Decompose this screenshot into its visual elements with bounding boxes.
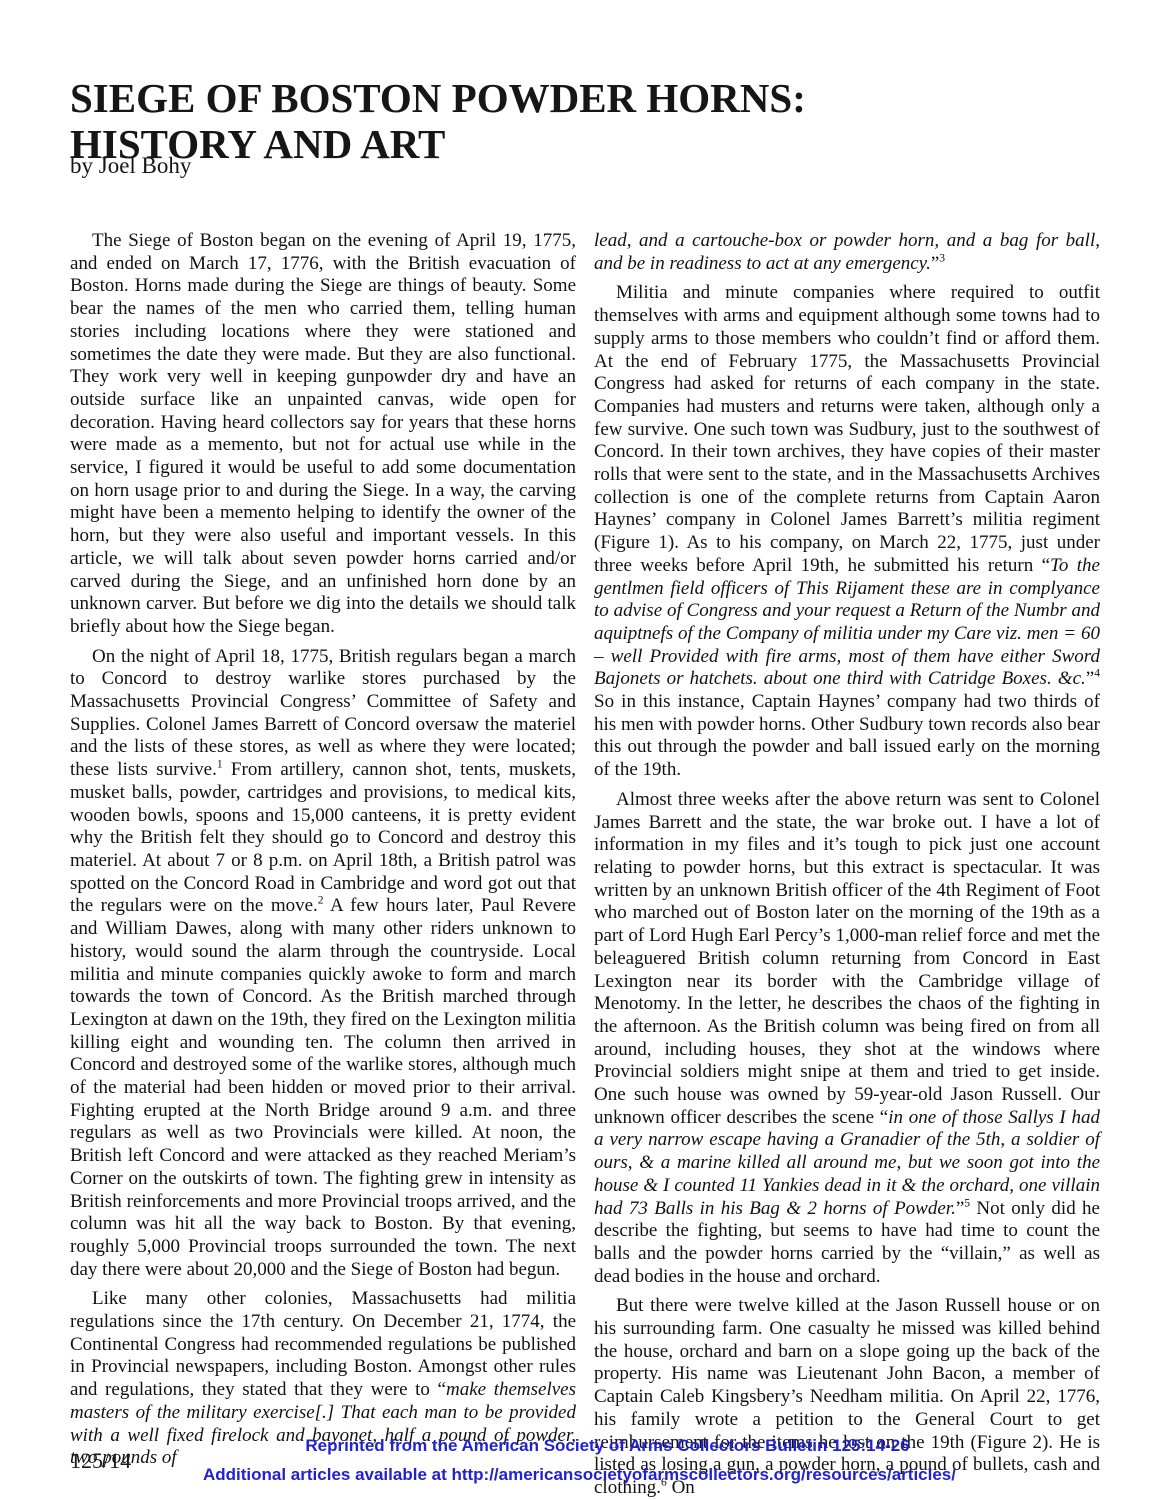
paragraph: Almost three weeks after the above retur… (594, 789, 1100, 1288)
paragraph: lead, and a cartouche-box or powder horn… (594, 230, 1100, 275)
page-title-line1: SIEGE OF BOSTON POWDER HORNS: (70, 75, 806, 121)
article-column-left: The Siege of Boston began on the evening… (70, 230, 576, 1500)
footer-articles-link[interactable]: Additional articles available at http://… (0, 1460, 1159, 1489)
byline: by Joel Bohy (70, 153, 191, 179)
page-number: 125/14 (70, 1448, 131, 1474)
footer: Reprinted from the American Society of A… (0, 1431, 1159, 1489)
paragraph: The Siege of Boston began on the evening… (70, 230, 576, 639)
article-page: SIEGE OF BOSTON POWDER HORNS: HISTORY AN… (0, 0, 1159, 1500)
article-body: The Siege of Boston began on the evening… (70, 230, 1100, 1500)
paragraph: Militia and minute companies where requi… (594, 282, 1100, 781)
paragraph: On the night of April 18, 1775, British … (70, 646, 576, 1282)
article-column-right: lead, and a cartouche-box or powder horn… (594, 230, 1100, 1500)
footer-reprint-notice: Reprinted from the American Society of A… (28, 1431, 1159, 1460)
